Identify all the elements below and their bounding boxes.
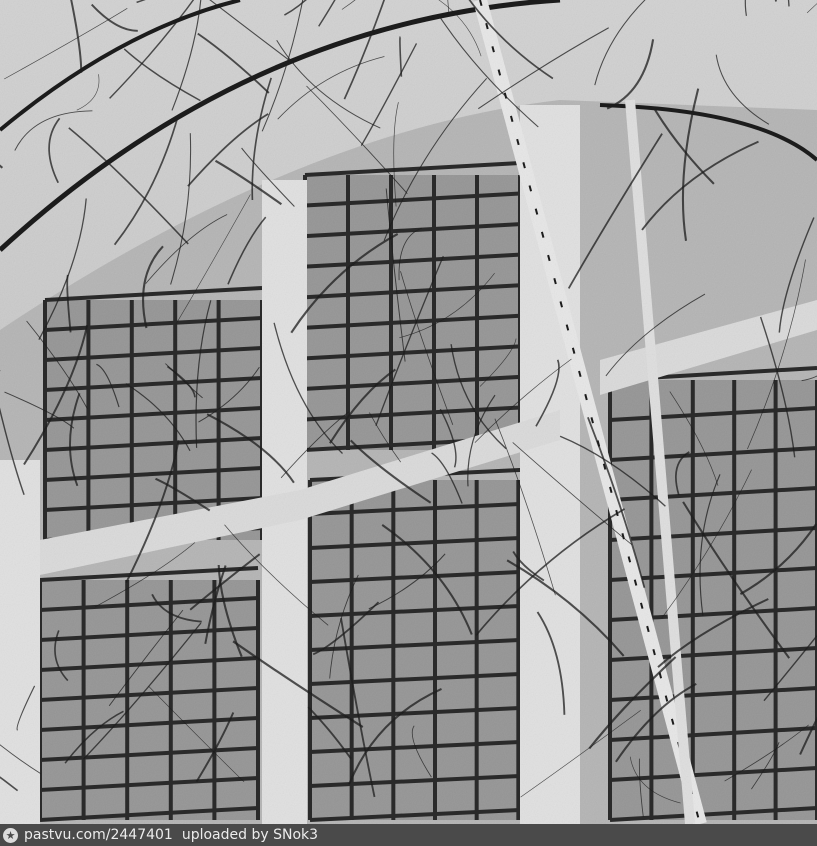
source-link[interactable]: pastvu.com/2447401: [24, 827, 173, 843]
photograph: [0, 0, 817, 824]
star-icon: ★: [3, 828, 18, 843]
watermark-bar: ★ pastvu.com/2447401 uploaded by SNok3: [0, 824, 817, 846]
uploader-text: uploaded by SNok3: [182, 827, 318, 843]
